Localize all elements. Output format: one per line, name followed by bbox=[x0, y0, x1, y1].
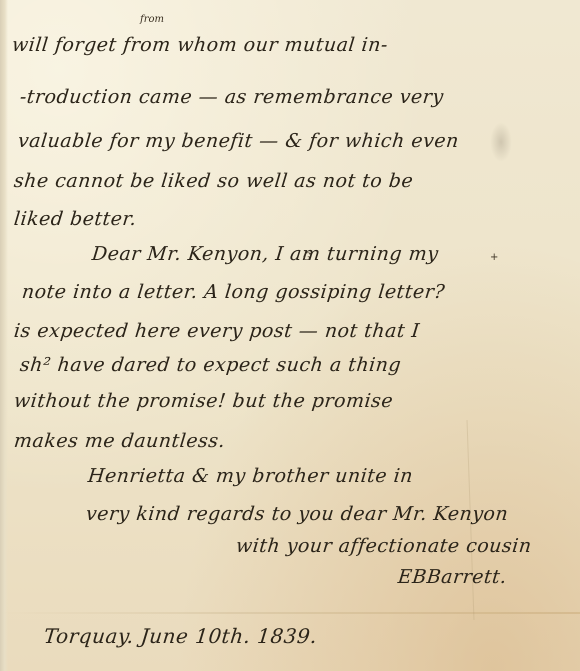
letter-line-6-salutation: Dear Mr. Kenyon, I am turning my bbox=[91, 243, 440, 265]
letter-line-7: note into a letter. A long gossiping let… bbox=[21, 281, 446, 303]
insertion-plus: + bbox=[490, 252, 498, 263]
letter-line-1: will forget from whom our mutual in- bbox=[11, 34, 389, 56]
letter-line-13: very kind regards to you dear Mr. Kenyon bbox=[85, 503, 510, 525]
letter-line-8: is expected here every post — not that I bbox=[13, 320, 421, 342]
letter-line-3: valuable for my benefit — & for which ev… bbox=[17, 130, 460, 152]
letter-line-12: Henrietta & my brother unite in bbox=[87, 465, 414, 487]
dateline: Torquay. June 10th. 1839. bbox=[43, 624, 319, 648]
paper-left-edge bbox=[0, 0, 8, 671]
paper-fold-line bbox=[0, 612, 580, 614]
letter-line-9: sh² have dared to expect such a thing bbox=[19, 354, 402, 376]
letter-line-4: she cannot be liked so well as not to be bbox=[13, 170, 415, 192]
letter-line-11: makes me dauntless. bbox=[13, 430, 226, 452]
letter-line-10: without the promise! but the promise bbox=[13, 390, 394, 412]
letter-line-5: liked better. bbox=[13, 208, 138, 230]
insertion-g: G bbox=[303, 252, 311, 263]
insertion-from: from bbox=[140, 14, 164, 25]
letter-line-2: -troduction came — as remembrance very bbox=[19, 86, 445, 108]
letter-line-14-closing: with your affectionate cousin bbox=[235, 535, 533, 557]
signature: EBBarrett. bbox=[397, 566, 508, 588]
paper-stain bbox=[490, 122, 512, 162]
